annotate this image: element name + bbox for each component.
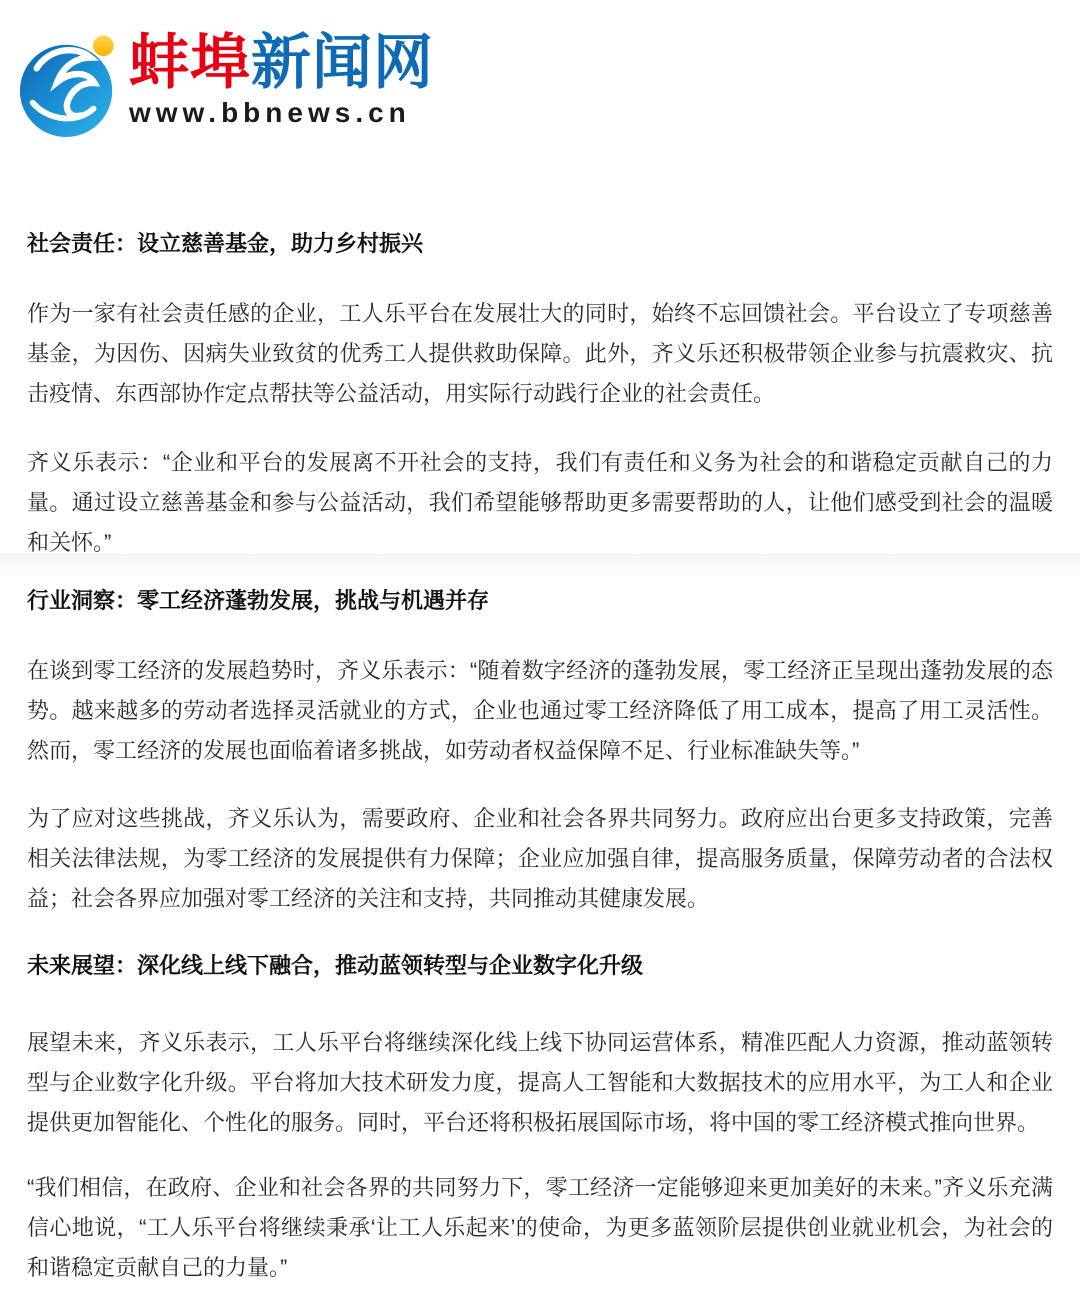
article-body: 社会责任：设立慈善基金，助力乡村振兴 作为一家有社会责任感的企业，工人乐平台在发…: [0, 229, 1080, 1288]
article-paragraph: “我们相信，在政府、企业和社会各界的共同努力下，零工经济一定能够迎来更加美好的未…: [27, 1168, 1053, 1288]
site-url: www.bbnews.cn: [129, 97, 434, 129]
section-heading-industry-insight: 行业洞察：零工经济蓬勃发展，挑战与机遇并存: [27, 586, 1053, 616]
globe-circle: [20, 45, 112, 137]
article-paragraph: 为了应对这些挑战，齐义乐认为，需要政府、企业和社会各界共同努力。政府应出台更多支…: [27, 799, 1053, 919]
section-heading-future-outlook: 未来展望：深化线上线下融合，推动蓝领转型与企业数字化升级: [27, 951, 1053, 981]
globe-swirl-icon: [15, 33, 123, 139]
site-name-part1: 蚌埠: [129, 29, 251, 96]
article-paragraph: 作为一家有社会责任感的企业，工人乐平台在发展壮大的同时，始终不忘回馈社会。平台设…: [27, 294, 1053, 414]
article-paragraph: 齐义乐表示：“企业和平台的发展离不开社会的支持，我们有责任和义务为社会的和谐稳定…: [27, 443, 1053, 563]
site-logo[interactable]: 蚌埠新闻网 www.bbnews.cn: [15, 33, 460, 139]
article-paragraph: 展望未来，齐义乐表示，工人乐平台将继续深化线上线下协同运营体系，精准匹配人力资源…: [27, 1023, 1053, 1143]
site-logo-text: 蚌埠新闻网 www.bbnews.cn: [129, 33, 434, 129]
site-name: 蚌埠新闻网: [129, 29, 434, 96]
article-paragraph: 在谈到零工经济的发展趋势时，齐义乐表示：“随着数字经济的蓬勃发展，零工经济正呈现…: [27, 651, 1053, 771]
site-header: 蚌埠新闻网 www.bbnews.cn: [0, 0, 1080, 138]
section-heading-social-responsibility: 社会责任：设立慈善基金，助力乡村振兴: [27, 229, 1053, 259]
sun-dot-icon: [93, 35, 114, 56]
site-name-part2: 新闻网: [251, 29, 434, 96]
